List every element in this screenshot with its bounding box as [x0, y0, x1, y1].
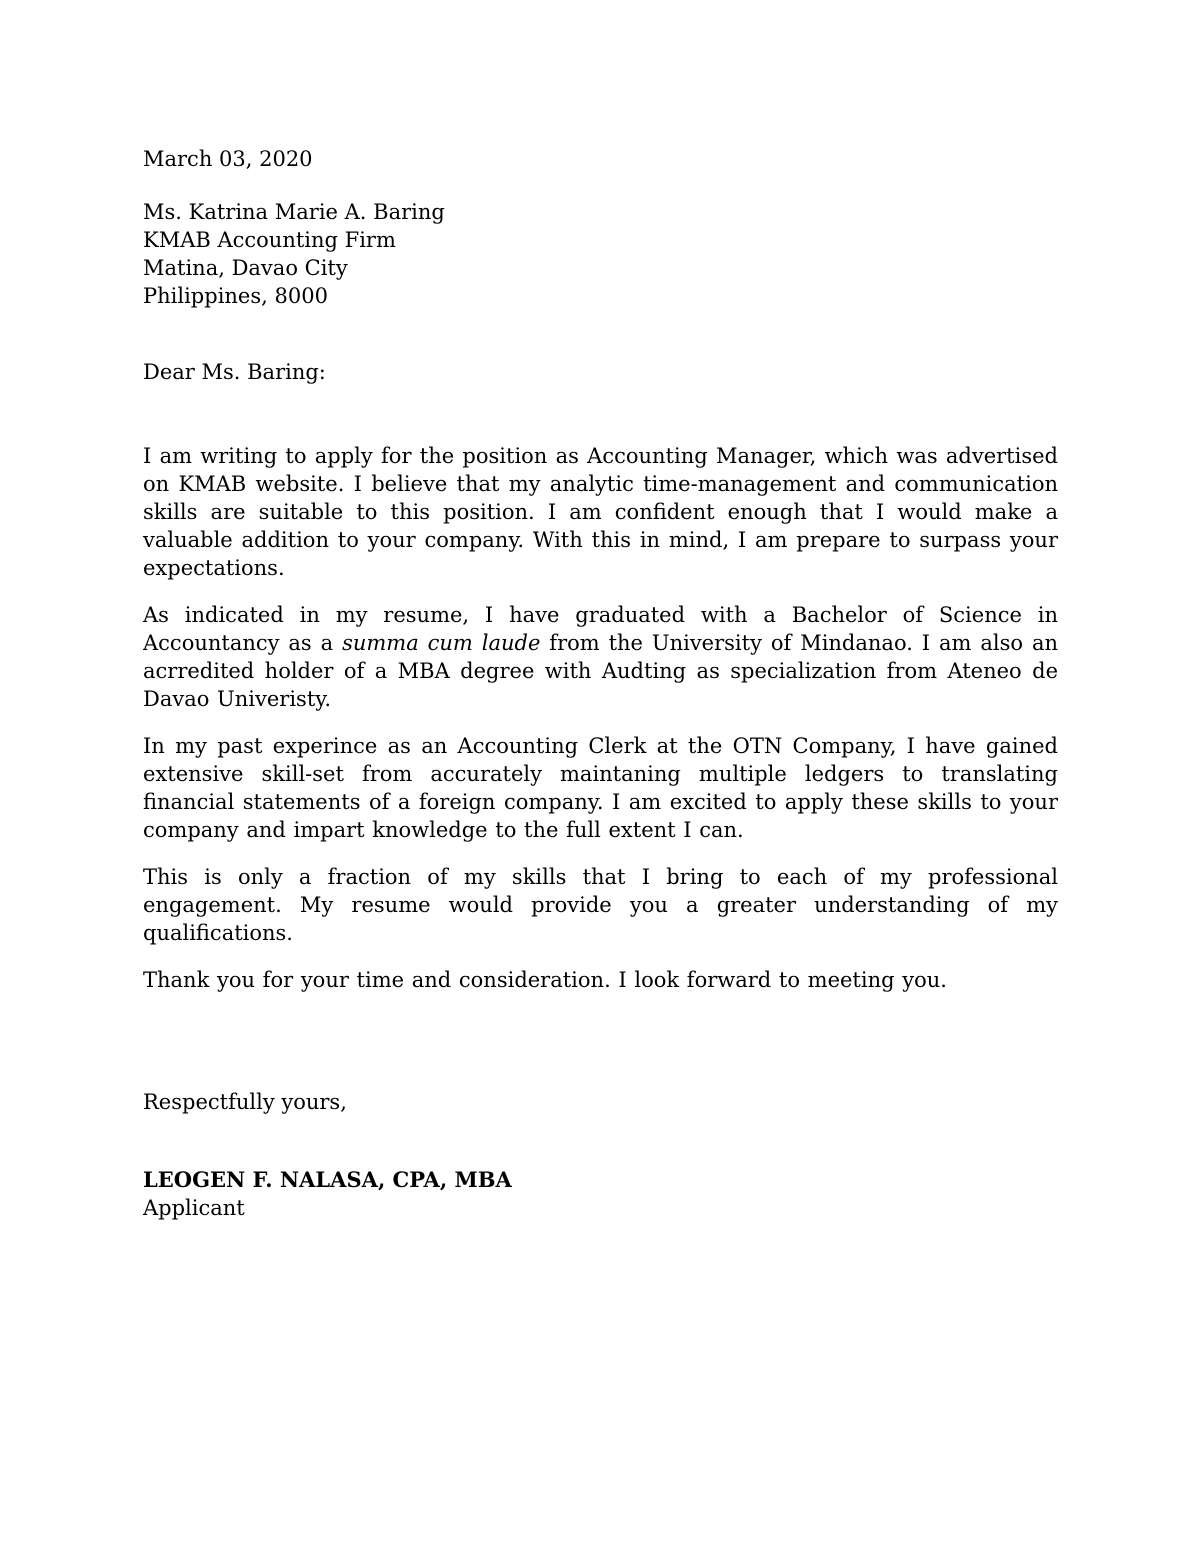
signature-name: LEOGEN F. NALASA, CPA, MBA: [143, 1166, 1058, 1194]
latin-honor-italic: summa cum laude: [342, 631, 540, 655]
letter-body: I am writing to apply for the position a…: [143, 442, 1058, 994]
closing-phrase: Respectfully yours,: [143, 1088, 1058, 1116]
signature-title: Applicant: [143, 1194, 1058, 1222]
recipient-address-city: Matina, Davao City: [143, 254, 1058, 282]
closing-block: Respectfully yours,: [143, 1088, 1058, 1116]
body-paragraph-5: Thank you for your time and consideratio…: [143, 966, 1058, 994]
recipient-block: Ms. Katrina Marie A. Baring KMAB Account…: [143, 198, 1058, 310]
signature-block: LEOGEN F. NALASA, CPA, MBA Applicant: [143, 1166, 1058, 1222]
letter-page: March 03, 2020 Ms. Katrina Marie A. Bari…: [0, 0, 1200, 1553]
date-block: March 03, 2020: [143, 145, 1058, 173]
recipient-address-country: Philippines, 8000: [143, 282, 1058, 310]
body-paragraph-4: This is only a fraction of my skills tha…: [143, 863, 1058, 947]
body-paragraph-3: In my past experince as an Accounting Cl…: [143, 732, 1058, 844]
salutation-block: Dear Ms. Baring:: [143, 358, 1058, 386]
date-line: March 03, 2020: [143, 145, 1058, 173]
body-paragraph-2: As indicated in my resume, I have gradua…: [143, 601, 1058, 713]
recipient-name: Ms. Katrina Marie A. Baring: [143, 198, 1058, 226]
body-paragraph-1: I am writing to apply for the position a…: [143, 442, 1058, 582]
recipient-company: KMAB Accounting Firm: [143, 226, 1058, 254]
salutation: Dear Ms. Baring:: [143, 358, 1058, 386]
